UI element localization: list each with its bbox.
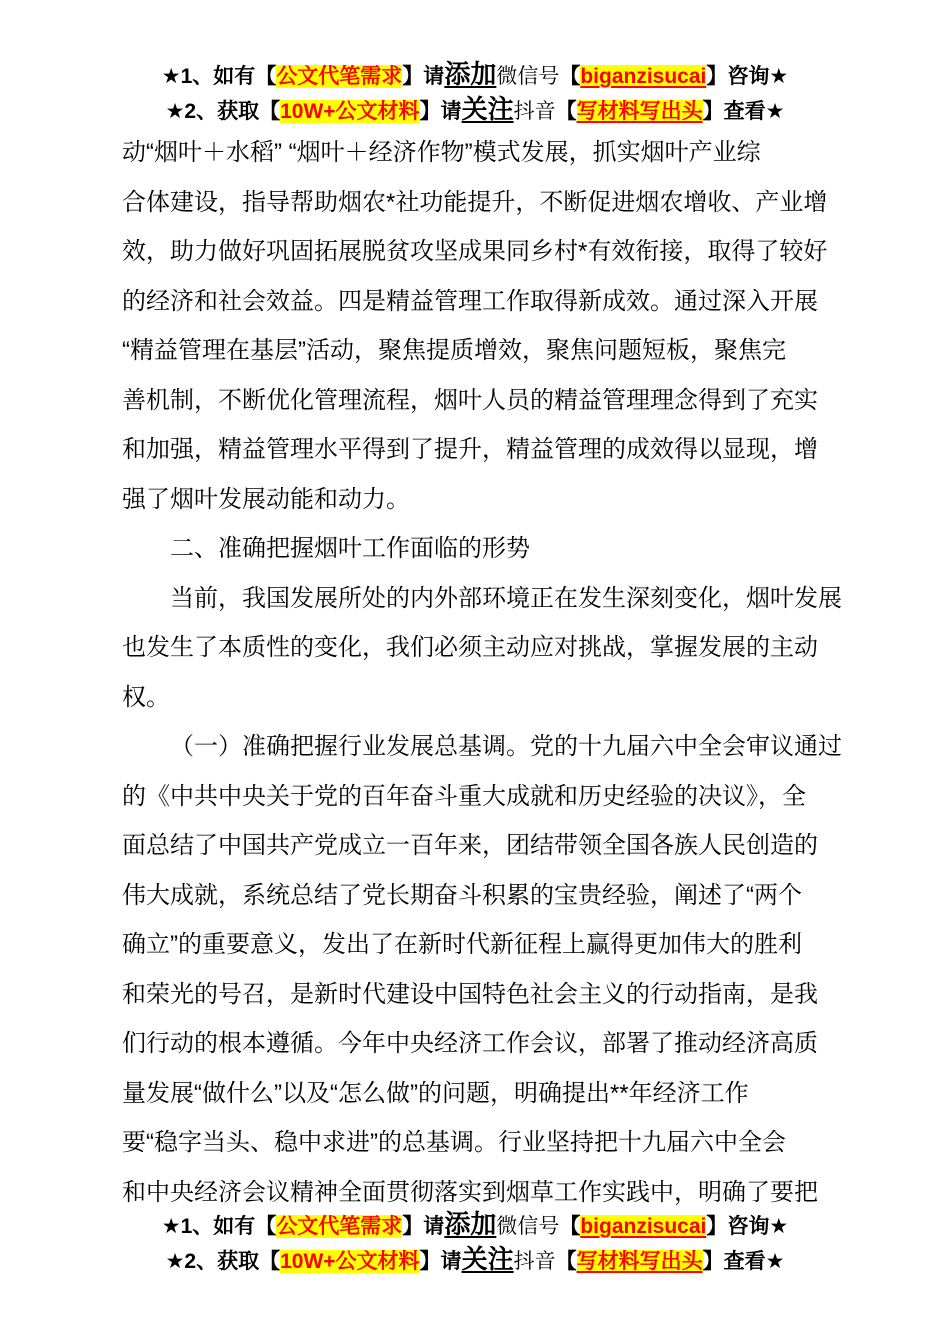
- promo-douyin-label: 抖音: [514, 100, 556, 123]
- promo-open-bracket: 【: [559, 65, 580, 88]
- promo-open-bracket: 【: [559, 1215, 580, 1238]
- promo-banner-bottom: ★1、如有【公文代笔需求】请添加微信号【biganzisucai】咨询★ ★2、…: [0, 1208, 950, 1278]
- promo-douyin-label: 抖音: [514, 1250, 556, 1273]
- text-line: 效，助力做好巩固拓展脱贫攻坚成果同乡村*有效衔接，取得了较好: [122, 227, 822, 277]
- promo-action-follow: 关注: [462, 94, 514, 124]
- text-line: 面总结了中国共产党成立一百年来，团结带领全国各族人民创造的: [122, 821, 822, 871]
- promo-prefix: ★2、获取【: [166, 100, 281, 123]
- promo-wechat-label: 微信号: [496, 65, 559, 88]
- promo-line-1: ★1、如有【公文代笔需求】请添加微信号【biganzisucai】咨询★: [0, 1208, 950, 1243]
- promo-mid-text: 】请: [402, 65, 444, 88]
- promo-douyin-account: 写材料写出头: [577, 100, 703, 123]
- text-line: 当前，我国发展所处的内外部环境正在发生深刻变化，烟叶发展: [122, 574, 822, 624]
- promo-wechat-id: biganzisucai: [580, 65, 706, 88]
- promo-line-2: ★2、获取【10W+公文材料】请关注抖音【写材料写出头】查看★: [0, 93, 950, 128]
- text-line: 强了烟叶发展动能和动力。: [122, 475, 822, 525]
- text-line: （一）准确把握行业发展总基调。党的十九届六中全会审议通过: [122, 722, 822, 772]
- text-line: 和加强，精益管理水平得到了提升，精益管理的成效得以显现，增: [122, 425, 822, 475]
- promo-material-keyword: 10W+公文材料: [280, 1250, 419, 1273]
- promo-suffix: 】咨询★: [706, 65, 788, 88]
- section-heading: 二、准确把握烟叶工作面临的形势: [122, 524, 822, 574]
- text-line: 确立”的重要意义，发出了在新时代新征程上赢得更加伟大的胜利: [122, 920, 822, 970]
- promo-suffix: 】查看★: [703, 1250, 785, 1273]
- text-line: 和荣光的号召，是新时代建设中国特色社会主义的行动指南，是我: [122, 970, 822, 1020]
- promo-service-keyword: 公文代笔需求: [276, 1215, 402, 1238]
- promo-mid-text: 】请: [420, 100, 462, 123]
- text-line: 的经济和社会效益。四是精益管理工作取得新成效。通过深入开展: [122, 277, 822, 327]
- text-line: 合体建设，指导帮助烟农*社功能提升，不断促进烟农增收、产业增: [122, 178, 822, 228]
- promo-mid-text: 】请: [402, 1215, 444, 1238]
- promo-prefix: ★2、获取【: [166, 1250, 281, 1273]
- text-line: 权。: [122, 673, 822, 723]
- text-line: 的《中共中央关于党的百年奋斗重大成就和历史经验的决议》，全: [122, 772, 822, 822]
- promo-line-1: ★1、如有【公文代笔需求】请添加微信号【biganzisucai】咨询★: [0, 58, 950, 93]
- promo-suffix: 】咨询★: [706, 1215, 788, 1238]
- text-line: 们行动的根本遵循。今年中央经济工作会议，部署了推动经济高质: [122, 1019, 822, 1069]
- promo-line-2: ★2、获取【10W+公文材料】请关注抖音【写材料写出头】查看★: [0, 1243, 950, 1278]
- promo-open-bracket: 【: [556, 1250, 577, 1273]
- promo-mid-text: 】请: [420, 1250, 462, 1273]
- promo-suffix: 】查看★: [703, 100, 785, 123]
- promo-service-keyword: 公文代笔需求: [276, 65, 402, 88]
- document-body: 动“烟叶＋水稻” “烟叶＋经济作物”模式发展，抓实烟叶产业综 合体建设，指导帮助…: [122, 128, 822, 1217]
- promo-wechat-id: biganzisucai: [580, 1215, 706, 1238]
- text-line: 量发展“做什么”以及“怎么做”的问题，明确提出**年经济工作: [122, 1069, 822, 1119]
- document-page: ★1、如有【公文代笔需求】请添加微信号【biganzisucai】咨询★ ★2、…: [0, 0, 950, 1344]
- text-line: 要“稳字当头、稳中求进”的总基调。行业坚持把十九届六中全会: [122, 1118, 822, 1168]
- promo-action-add: 添加: [444, 1209, 496, 1239]
- text-line: 也发生了本质性的变化，我们必须主动应对挑战，掌握发展的主动: [122, 623, 822, 673]
- promo-open-bracket: 【: [556, 100, 577, 123]
- promo-action-add: 添加: [444, 59, 496, 89]
- text-line: 动“烟叶＋水稻” “烟叶＋经济作物”模式发展，抓实烟叶产业综: [122, 128, 822, 178]
- text-line: “精益管理在基层”活动，聚焦提质增效，聚焦问题短板，聚焦完: [122, 326, 822, 376]
- text-line: 伟大成就，系统总结了党长期奋斗积累的宝贵经验，阐述了“两个: [122, 871, 822, 921]
- promo-prefix: ★1、如有【: [162, 1215, 277, 1238]
- text-line: 善机制，不断优化管理流程，烟叶人员的精益管理理念得到了充实: [122, 376, 822, 426]
- promo-banner-top: ★1、如有【公文代笔需求】请添加微信号【biganzisucai】咨询★ ★2、…: [0, 58, 950, 128]
- promo-wechat-label: 微信号: [496, 1215, 559, 1238]
- promo-material-keyword: 10W+公文材料: [280, 100, 419, 123]
- promo-prefix: ★1、如有【: [162, 65, 277, 88]
- promo-douyin-account: 写材料写出头: [577, 1250, 703, 1273]
- promo-action-follow: 关注: [462, 1244, 514, 1274]
